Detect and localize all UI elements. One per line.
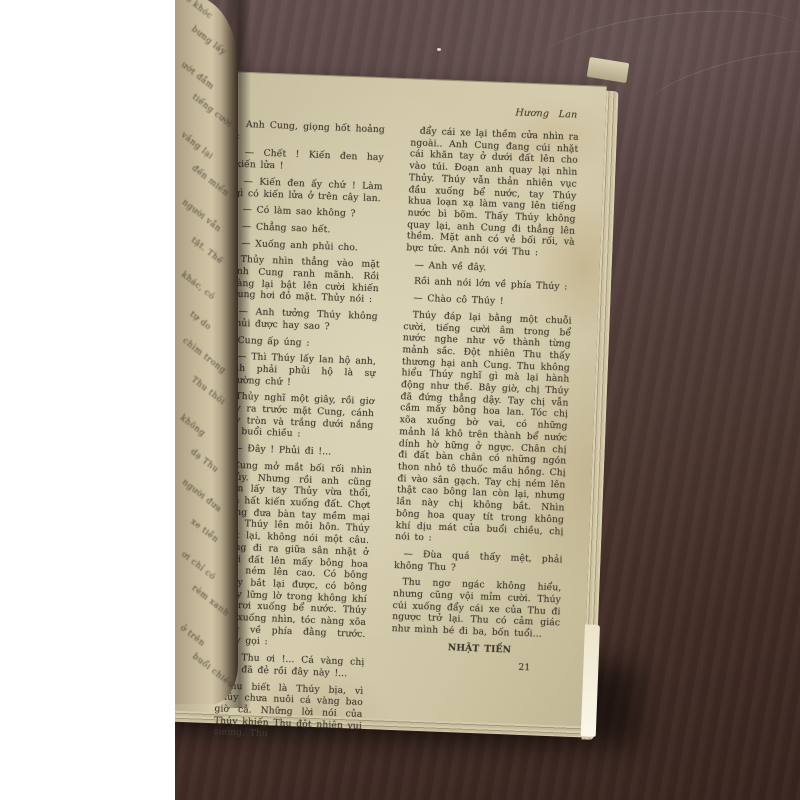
paragraph: Cung mở mắt bối rối nhìn Thủy. Nhưng rồi… (217, 459, 372, 652)
paragraph: Thúy đáp lại bằng một chuỗi cười, tiếng … (395, 309, 572, 549)
paragraph: Thu ngơ ngác không hiểu, nhưng cũng vội … (391, 576, 561, 641)
curled-text-fragment: chìm trong (180, 335, 227, 375)
paragraph: Thủy nghĩ một giây, rồi giơ tay ra trước… (225, 391, 375, 443)
curled-text-fragment: do khóc (179, 0, 215, 21)
paragraph: đẩy cái xe lại thềm cửa nhìn ra ngoài.. … (406, 125, 579, 260)
paragraph: — Thu ơi !... Cá vàng chị nuôi đã đẻ rồi… (216, 651, 365, 680)
book-photo-background: Hương Lan Anh Cung, giọng hốt hoảng :— C… (175, 0, 800, 800)
paragraph: — Chào cô Thúy ! (404, 292, 572, 310)
paragraph: — Xuống anh phủi cho. (232, 237, 380, 254)
curled-text-fragment: dạ Thu (188, 446, 220, 474)
paragraph: Thu biết là Thúy bịa, vì Thúy chưa nuôi … (213, 680, 363, 744)
curled-text-fragment: tự do (188, 309, 214, 332)
curled-text-fragment: vắng lại (179, 130, 215, 161)
curled-text-fragment: Thu thôi (189, 374, 227, 407)
paragraph: — Chẳng sao hết. (233, 221, 381, 238)
curled-text-fragment: rèm xanh (190, 583, 231, 618)
curled-text-fragment: ở trên (178, 623, 207, 649)
curled-text-fragment: ơi chỉ có (179, 549, 217, 582)
paragraph: — Anh về đây. (405, 259, 573, 277)
curled-text-fragment: tật. Thế (189, 235, 225, 266)
paragraph: — Chết ! Kiến đen hay kiến lửa ! (235, 147, 384, 176)
curled-text-fragment: xe tiễn (188, 516, 220, 544)
text-column-right: đẩy cái xe lại thềm cửa nhìn ra ngoài.. … (388, 125, 579, 726)
curled-text-fragment: ướt đẫm (179, 60, 216, 92)
curled-text-fragment: bưng lấy (189, 24, 228, 57)
page-number: 21 (390, 656, 558, 674)
curled-text-fragment: người đưa (180, 477, 224, 514)
paragraph: — Có làm sao không ? (233, 204, 381, 221)
curled-text-fragment: không (178, 413, 207, 439)
paragraph: — Đùa quá thấy mệt, phải không Thu ? (394, 548, 563, 578)
paragraph: Rồi anh nói lớn về phía Thúy : (405, 276, 573, 294)
paragraph: — Đây ! Phủi đi !... (224, 443, 372, 460)
paragraph: Anh Cung, giọng hốt hoảng : (236, 119, 385, 148)
curled-previous-page: do khócbưng lấyướt đẫmtiếng cườivắng lại… (175, 0, 238, 704)
paragraph: — Thì Thúy lấy lan hộ anh, anh phải phủi… (227, 351, 376, 392)
curled-text-fragment: tiếng cười (190, 92, 234, 129)
paragraph: Thủy nhìn thẳng vào mặt anh Cung ranh mã… (230, 254, 380, 306)
author-name: NHẬT TIẾN (391, 640, 559, 658)
dust-speck (437, 48, 441, 51)
paragraph: Cung ấp úng : (228, 334, 376, 351)
paragraph: — Anh tưởng Thúy không phủi được hay sao… (229, 306, 378, 335)
text-column-right-paragraphs: đẩy cái xe lại thềm cửa nhìn ra ngoài.. … (391, 125, 578, 641)
text-column-left: Anh Cung, giọng hốt hoảng :— Chết ! Kiến… (214, 119, 385, 719)
curled-text-fragment: khác, có (179, 269, 216, 301)
paragraph: — Kiến đen ấy chứ ! Làm gì có kiến lửa ở… (234, 175, 383, 204)
book-page: Hương Lan Anh Cung, giọng hốt hoảng :— C… (175, 70, 607, 727)
curled-text-fragment: đến miền (190, 163, 231, 198)
page-content: Anh Cung, giọng hốt hoảng :— Chết ! Kiến… (175, 71, 607, 727)
curled-text-fragment: người vẫn (180, 197, 223, 234)
curled-text-fragment: buổi chiều (190, 651, 236, 690)
